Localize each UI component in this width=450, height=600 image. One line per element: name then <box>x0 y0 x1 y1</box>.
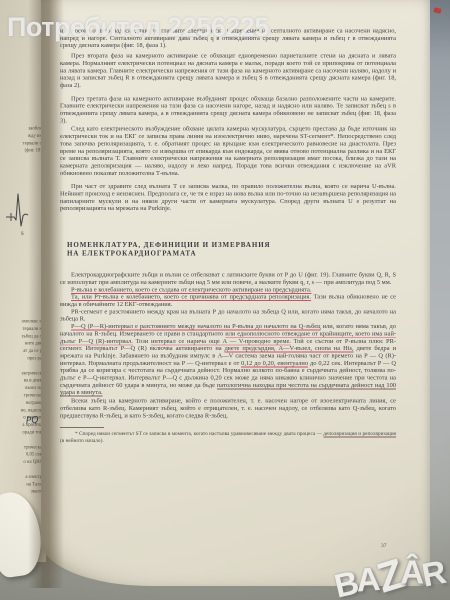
paragraph: PR-сегмент е разстоянието между края на … <box>60 308 396 323</box>
svg-text:s: s <box>21 229 24 237</box>
paragraph: P—Q (P—R)-интервал е разстоянието между … <box>60 323 396 397</box>
ecg-complex-sketch-icon: s <box>5 188 37 240</box>
paragraph: Та, или Рт-вълна е колебанието, което се… <box>60 293 396 308</box>
paragraph: Всеки зъбец на камерното активиране, кой… <box>60 397 396 419</box>
photo-canvas: заоближду интервали о(фиг. 18) омплекс и… <box>0 0 450 600</box>
paragraph: През втората фаза на камерното активиран… <box>60 52 396 89</box>
paragraph: След като електрическото възбуждение обх… <box>60 125 396 176</box>
page-text-column: и в посока отляво надясно, така че главн… <box>60 27 398 561</box>
section-heading-line2: НА ЕЛЕКТРОКАРДИОГРАМАТА <box>67 250 396 259</box>
handwritten-pq-annotation: PQ <box>26 416 39 427</box>
footnote: * Според някои сегментът ST се записва в… <box>60 431 396 445</box>
paragraph: При част от здравите след вълната Т се з… <box>60 183 396 212</box>
paragraph: Електрокардиографските зъбци и вълни се … <box>60 271 396 286</box>
username-watermark: Потребител 2256225 <box>7 12 269 43</box>
section-heading-line1: НОМЕНКЛАТУРА, ДЕФИНИЦИИ И ИЗМЕРВАНИЯ <box>67 241 396 250</box>
paragraph: През третата фаза на камерното активиран… <box>60 95 396 124</box>
page-number: 37 <box>381 542 387 549</box>
footnote-separator <box>60 427 104 428</box>
paragraph: Р-вълна е колебанието, което се създава … <box>60 286 396 293</box>
opposite-page-text-fragments-top: заоближду интервали о(фиг. 18) <box>0 125 42 191</box>
book-page: и в посока отляво надясно, така че главн… <box>41 0 430 586</box>
book-pages-edge <box>428 0 450 584</box>
